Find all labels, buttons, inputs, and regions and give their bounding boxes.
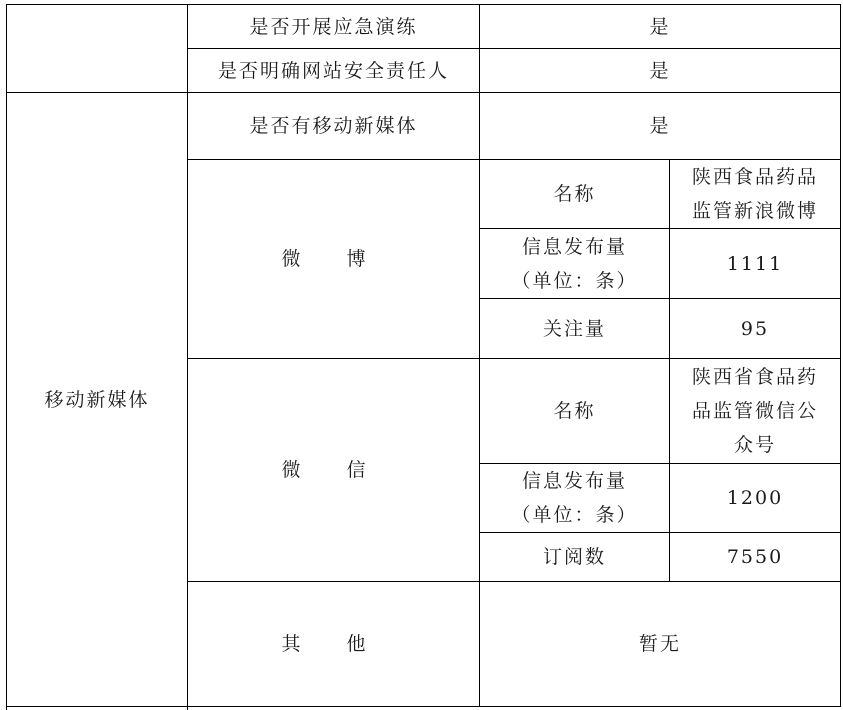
weibo-followers-value: 95 (670, 299, 840, 358)
wechat-subscribers-label: 订阅数 (480, 533, 669, 581)
value-text: 暂无 (639, 627, 681, 661)
value-text: 是 (649, 54, 670, 88)
emergency-drill-value: 是 (480, 5, 840, 48)
section-label-new-media: 移动新媒体 (7, 93, 187, 706)
label-text: 信息发布量 (522, 230, 627, 264)
value-text: 众号 (734, 428, 776, 462)
has-new-media-label: 是否有移动新媒体 (188, 93, 479, 159)
label-text: （单位：条） (511, 264, 637, 298)
other-label: 其 他 (188, 582, 479, 706)
label-text: 微 博 (281, 242, 385, 276)
label-text: 移动新媒体 (44, 383, 149, 417)
value-text: 是 (649, 10, 670, 44)
label-text: 微 信 (281, 453, 385, 487)
label-text: 信息发布量 (522, 464, 627, 498)
weibo-name-label: 名称 (480, 160, 669, 228)
other-value: 暂无 (480, 582, 840, 706)
emergency-drill-label: 是否开展应急演练 (188, 5, 479, 48)
value-text: 是 (649, 109, 670, 143)
weibo-posts-value: 1111 (670, 229, 840, 298)
label-text: 是否明确网站安全责任人 (218, 54, 449, 88)
label-text: 是否有移动新媒体 (249, 109, 417, 143)
security-officer-label: 是否明确网站安全责任人 (188, 49, 479, 92)
wechat-posts-label: 信息发布量 （单位：条） (480, 464, 669, 532)
weibo-posts-label: 信息发布量 （单位：条） (480, 229, 669, 298)
value-text: 1200 (727, 481, 783, 515)
border-right (840, 4, 841, 707)
label-text: 订阅数 (543, 540, 606, 574)
wechat-label: 微 信 (188, 359, 479, 581)
weibo-followers-label: 关注量 (480, 299, 669, 358)
label-text: 其 他 (281, 627, 385, 661)
weibo-label: 微 博 (188, 160, 479, 358)
label-text: 名称 (553, 177, 595, 211)
label-text: 名称 (553, 394, 595, 428)
label-text: （单位：条） (511, 498, 637, 532)
label-text: 关注量 (543, 312, 606, 346)
label-text: 是否开展应急演练 (249, 10, 417, 44)
wechat-name-label: 名称 (480, 359, 669, 463)
value-text: 监管新浪微博 (692, 194, 818, 228)
security-officer-value: 是 (480, 49, 840, 92)
value-text: 1111 (727, 247, 783, 281)
value-text: 7550 (727, 540, 783, 574)
border-bottom (6, 706, 841, 707)
wechat-posts-value: 1200 (670, 464, 840, 532)
value-text: 品监管微信公 (692, 394, 818, 428)
has-new-media-value: 是 (480, 93, 840, 159)
wechat-name-value: 陕西省食品药 品监管微信公 众号 (670, 359, 840, 463)
wechat-subscribers-value: 7550 (670, 533, 840, 581)
weibo-name-value: 陕西食品药品 监管新浪微博 (670, 160, 840, 228)
value-text: 95 (741, 312, 769, 346)
value-text: 陕西省食品药 (692, 360, 818, 394)
value-text: 陕西食品药品 (692, 160, 818, 194)
